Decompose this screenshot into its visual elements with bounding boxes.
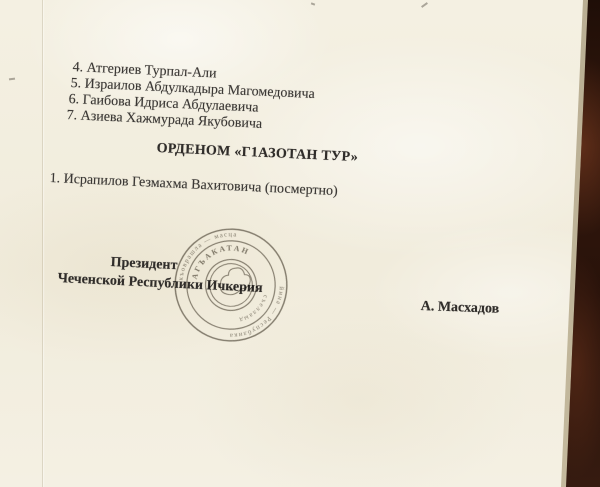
- stamp-inner-ring2: [204, 258, 259, 313]
- official-stamp: къоврашла — масца йина — Республика АГЪА…: [146, 200, 315, 369]
- dust-speck: [311, 2, 315, 5]
- section-heading: ОРДЕНОМ «Г1АЗОТАН ТУР»: [156, 141, 358, 166]
- signature-name: А. Масхадов: [420, 299, 499, 318]
- scanned-document-page: 4. Атгериев Турпал-Али 5. Израилов Абдул…: [0, 0, 600, 487]
- award-item: 1. Исрапилов Гезмахма Вахитовича (посмер…: [49, 171, 338, 200]
- stamp-inner-ring: [198, 252, 263, 317]
- dust-speck: [421, 2, 428, 8]
- dust-speck: [9, 78, 15, 81]
- page-crease-line: [42, 0, 43, 487]
- stamp-wolf-emblem: [215, 264, 253, 298]
- stamp-emblem-detail: [227, 286, 236, 291]
